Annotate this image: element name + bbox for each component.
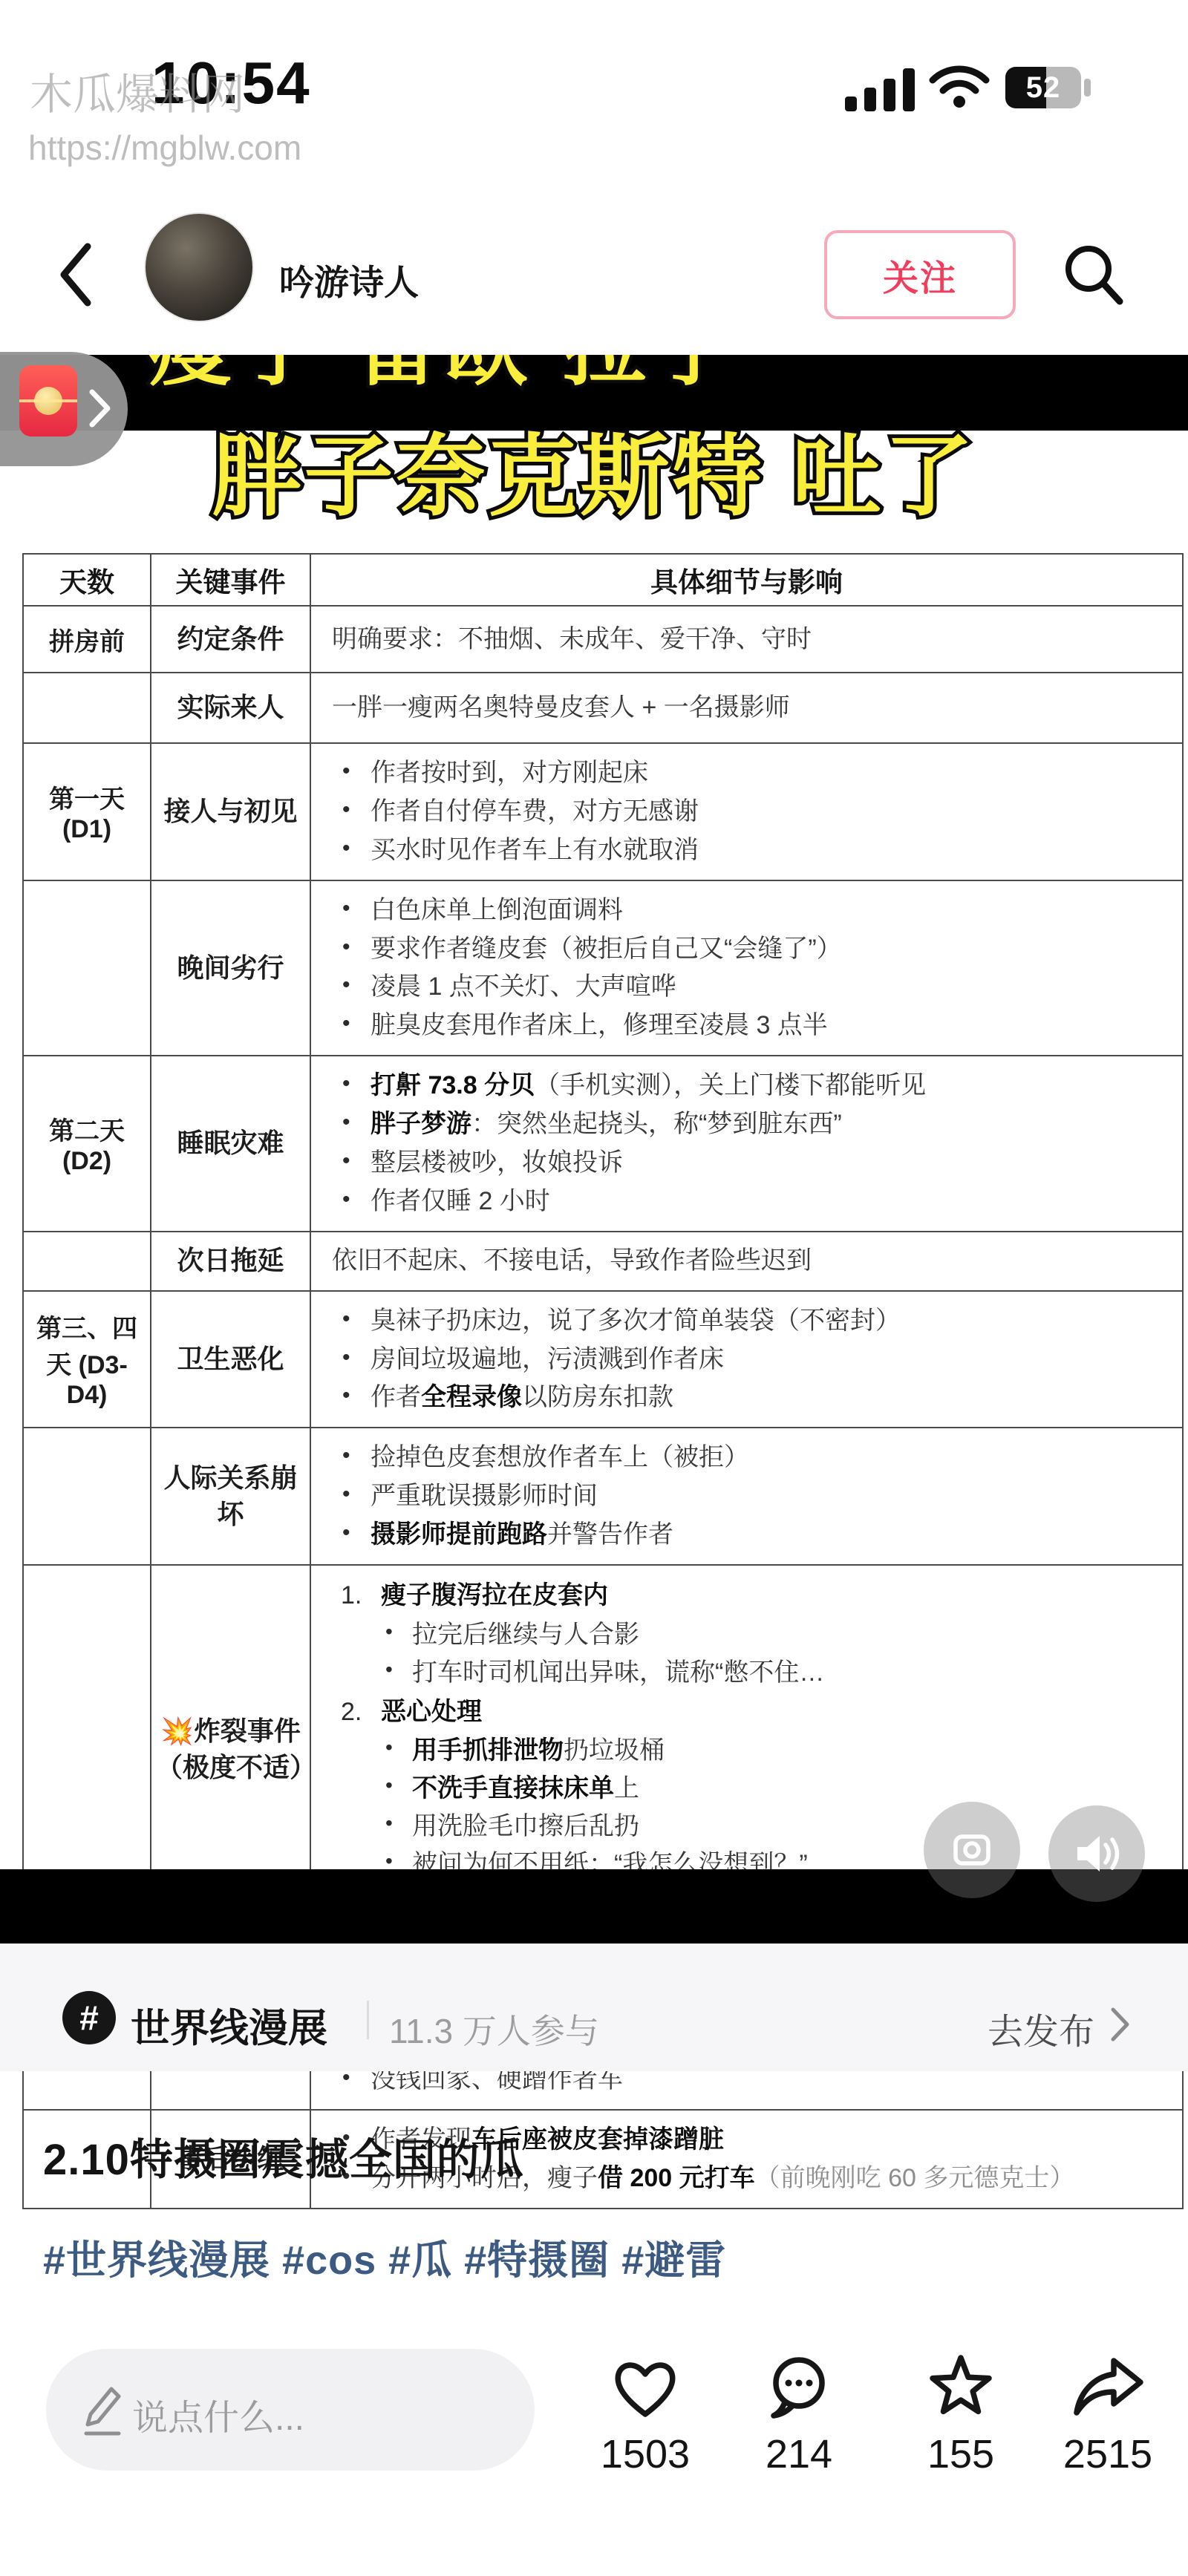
table-sub-bullet: 用手抓排泄物扔垃圾桶 — [329, 1734, 1167, 1768]
red-packet-widget[interactable] — [0, 352, 128, 466]
table-row: 人际关系崩坏捡掉色皮套想放作者车上（被拒）严重耽误摄影师时间摄影师提前跑路并警告… — [23, 1428, 1183, 1565]
table-detail-cell: 打鼾 73.8 分贝（手机实测），关上门楼下都能听见胖子梦游：突然坐起挠头，称“… — [310, 1056, 1183, 1232]
table-sub-bullet: 用洗脸毛巾擦后乱扔 — [329, 1810, 1167, 1843]
table-row: 拼房前约定条件明确要求：不抽烟、未成年、爱干净、守时 — [23, 606, 1183, 673]
wifi-icon — [928, 62, 990, 110]
table-header-1: 关键事件 — [151, 554, 310, 606]
battery-percent: 52 — [1005, 67, 1081, 108]
table-sub-bullet: 打车时司机闻出异味，谎称“憋不住… — [329, 1656, 1167, 1690]
table-bullet: 胖子梦游：突然坐起挠头，称“梦到脏东西” — [329, 1108, 1167, 1141]
favorite-button[interactable]: 155 — [898, 2352, 1024, 2477]
battery-icon: 52 — [1005, 67, 1081, 108]
cellular-signal-icon — [843, 64, 918, 111]
avatar[interactable] — [144, 212, 254, 322]
table-bullet: 要求作者缝皮套（被拒后自己又“会缝了”） — [329, 932, 1167, 966]
table-day-cell — [23, 1428, 151, 1565]
topic-name[interactable]: 世界线漫展 — [131, 1997, 327, 2053]
video-bottom-band — [0, 1869, 1188, 1944]
mute-speaker-button[interactable] — [1048, 1805, 1145, 1902]
table-text: 明确要求：不抽烟、未成年、爱干净、守时 — [329, 623, 1167, 656]
username[interactable]: 吟游诗人 — [279, 255, 419, 305]
table-event-cell: 接人与初见 — [151, 743, 310, 880]
table-bullet: 作者全程录像以防房东扣款 — [329, 1381, 1167, 1414]
table-row: 第二天 (D2)睡眠灾难打鼾 73.8 分贝（手机实测），关上门楼下都能听见胖子… — [23, 1056, 1183, 1232]
table-day-cell — [23, 1232, 151, 1291]
table-detail-cell: 捡掉色皮套想放作者车上（被拒）严重耽误摄影师时间摄影师提前跑路并警告作者 — [310, 1428, 1183, 1565]
video-headline-main: 胖子奈克斯特 吐了 — [0, 420, 1188, 533]
table-bullet: 作者自付停车费，对方无感谢 — [329, 795, 1167, 828]
table-event-cell: 晚间劣行 — [151, 880, 310, 1056]
share-button[interactable]: 2515 — [1045, 2352, 1171, 2477]
topic-participants: 11.3 万人参与 — [389, 2004, 599, 2053]
table-event-cell: 睡眠灾难 — [151, 1056, 310, 1232]
post-hashtags[interactable]: #世界线漫展 #cos #瓜 #特摄圈 #避雷 — [43, 2229, 726, 2286]
table-row: 实际来人一胖一瘦两名奥特曼皮套人 + 一名摄影师 — [23, 673, 1183, 743]
comment-input[interactable]: 说点什么... — [46, 2349, 535, 2471]
red-packet-icon — [19, 365, 77, 437]
table-bullet: 摄影师提前跑路并警告作者 — [329, 1518, 1167, 1552]
video-headline-band: 瘦子 雷欧 拉了 — [0, 355, 1188, 431]
table-bullet: 买水时见作者车上有水就取消 — [329, 834, 1167, 867]
table-row: 第三、四天 (D3-D4)卫生恶化臭袜子扔床边，说了多次才简单装袋（不密封）房间… — [23, 1291, 1183, 1428]
share-arrow-icon — [1071, 2352, 1145, 2423]
star-icon — [924, 2352, 998, 2423]
table-sub-bullet: 不洗手直接抹床单上 — [329, 1772, 1167, 1805]
table-day-cell: 拼房前 — [23, 606, 151, 673]
hash-symbol: # — [79, 1998, 99, 2038]
table-detail-cell: 白色床单上倒泡面调料要求作者缝皮套（被拒后自己又“会缝了”）凌晨 1 点不关灯、… — [310, 880, 1183, 1056]
speaker-mute-icon — [1067, 1824, 1126, 1883]
table-bullet: 房间垃圾遍地，污渍溅到作者床 — [329, 1343, 1167, 1376]
table-numbered-item: 2.恶心处理 — [329, 1696, 1167, 1729]
table-event-cell: 次日拖延 — [151, 1232, 310, 1291]
table-bullet: 打鼾 73.8 分贝（手机实测），关上门楼下都能听见 — [329, 1069, 1167, 1102]
table-bullet: 白色床单上倒泡面调料 — [329, 894, 1167, 927]
hashtag-icon: # — [62, 1991, 116, 2044]
table-detail-cell: 依旧不起床、不接电话，导致作者险些迟到 — [310, 1232, 1183, 1291]
video-headline-top: 瘦子 雷欧 拉了 — [148, 355, 741, 390]
follow-label: 关注 — [883, 249, 957, 301]
chevron-right-icon — [88, 389, 113, 428]
comment-button[interactable]: 214 — [736, 2352, 862, 2477]
table-bullet: 作者按时到，对方刚起床 — [329, 756, 1167, 790]
table-day-cell: 第二天 (D2) — [23, 1056, 151, 1232]
table-event-cell: 卫生恶化 — [151, 1291, 310, 1428]
table-detail-cell: 作者按时到，对方刚起床作者自付停车费，对方无感谢买水时见作者车上有水就取消 — [310, 743, 1183, 880]
screenshot-camera-button[interactable] — [924, 1802, 1020, 1898]
table-day-cell: 第三、四天 (D3-D4) — [23, 1291, 151, 1428]
search-icon[interactable] — [1057, 239, 1129, 310]
table-bullet: 作者仅睡 2 小时 — [329, 1185, 1167, 1218]
table-row: 次日拖延依旧不起床、不接电话，导致作者险些迟到 — [23, 1232, 1183, 1291]
table-bullet: 臭袜子扔床边，说了多次才简单装袋（不密封） — [329, 1304, 1167, 1338]
table-bullet: 严重耽误摄影师时间 — [329, 1480, 1167, 1513]
table-detail-cell: 臭袜子扔床边，说了多次才简单装袋（不密封）房间垃圾遍地，污渍溅到作者床作者全程录… — [310, 1291, 1183, 1428]
heart-icon — [608, 2352, 682, 2423]
favorite-count: 155 — [898, 2431, 1024, 2477]
watermark-site-name: 木瓜爆料网 — [30, 59, 245, 122]
battery-nub — [1084, 79, 1091, 97]
post-title: 2.10特摄圈震撼全国的瓜 — [43, 2125, 524, 2187]
comment-count: 214 — [736, 2431, 862, 2477]
table-row: 第一天 (D1)接人与初见作者按时到，对方刚起床作者自付停车费，对方无感谢买水时… — [23, 743, 1183, 880]
chevron-right-icon — [1109, 2006, 1132, 2043]
screenshot-camera-icon — [942, 1820, 1002, 1880]
table-bullet: 凌晨 1 点不关灯、大声喧哗 — [329, 970, 1167, 1004]
publish-button[interactable]: 去发布 — [988, 2003, 1094, 2054]
share-count: 2515 — [1045, 2431, 1171, 2477]
back-chevron-icon[interactable] — [55, 241, 97, 309]
table-detail-cell: 明确要求：不抽烟、未成年、爱干净、守时 — [310, 606, 1183, 673]
pencil-icon — [79, 2382, 122, 2438]
table-event-cell: 实际来人 — [151, 673, 310, 743]
table-bullet: 整层楼被吵，妆娘投诉 — [329, 1146, 1167, 1180]
table-header-2: 具体细节与影响 — [310, 554, 1183, 606]
table-day-cell — [23, 673, 151, 743]
comment-placeholder: 说点什么... — [132, 2389, 304, 2440]
table-event-cell: 约定条件 — [151, 606, 310, 673]
table-day-cell — [23, 880, 151, 1056]
table-row: 晚间劣行白色床单上倒泡面调料要求作者缝皮套（被拒后自己又“会缝了”）凌晨 1 点… — [23, 880, 1183, 1056]
like-button[interactable]: 1503 — [582, 2352, 708, 2477]
follow-button[interactable]: 关注 — [824, 230, 1016, 319]
table-detail-cell: 一胖一瘦两名奥特曼皮套人 + 一名摄影师 — [310, 673, 1183, 743]
watermark-site-url: https://mgblw.com — [28, 128, 301, 168]
table-bullet: 脏臭皮套甩作者床上，修理至凌晨 3 点半 — [329, 1009, 1167, 1042]
table-bullet: 捡掉色皮套想放作者车上（被拒） — [329, 1441, 1167, 1474]
table-numbered-item: 1.瘦子腹泻拉在皮套内 — [329, 1579, 1167, 1612]
table-text: 一胖一瘦两名奥特曼皮套人 + 一名摄影师 — [329, 691, 1167, 725]
comment-bubble-icon — [762, 2352, 836, 2423]
screen: { "colors": { "accent": "#F23C5B", "hash… — [0, 0, 1188, 2576]
table-day-cell: 第一天 (D1) — [23, 743, 151, 880]
table-sub-bullet: 拉完后继续与人合影 — [329, 1618, 1167, 1652]
table-event-cell: 人际关系崩坏 — [151, 1428, 310, 1565]
like-count: 1503 — [582, 2431, 708, 2477]
table-header-0: 天数 — [23, 554, 151, 606]
topic-divider — [367, 2001, 369, 2039]
table-text: 依旧不起床、不接电话，导致作者险些迟到 — [329, 1244, 1167, 1278]
